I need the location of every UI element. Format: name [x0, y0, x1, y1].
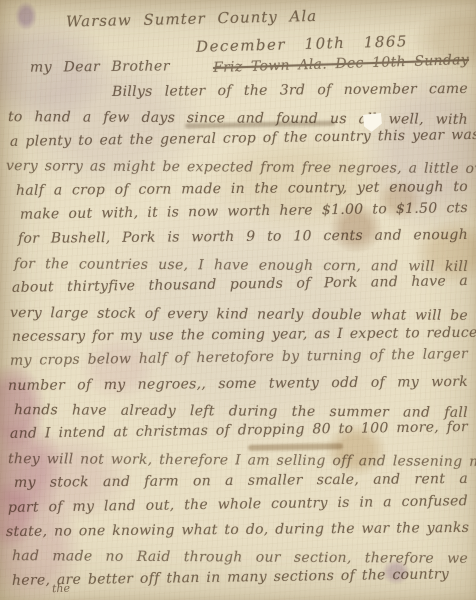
letter-line: state, no one knowing what to do, during… [0, 516, 476, 545]
letter-line: Billys letter of the 3rd of november cam… [0, 77, 476, 106]
letter-text-layer: Warsaw Sumter County Ala December 10th 1… [0, 0, 476, 600]
salutation: my Dear Brother [30, 58, 170, 75]
letter-page: Warsaw Sumter County Ala December 10th 1… [0, 0, 476, 600]
letter-line: my crops below half of heretofore by tur… [0, 342, 476, 373]
place-line: Warsaw Sumter County Ala [66, 7, 296, 30]
letter-line: number of my negroes,, some twenty odd o… [0, 370, 476, 399]
letter-line: for Bushell, Pork is worth 9 to 10 cents… [0, 223, 476, 252]
letter-body: Billys letter of the 3rd of november cam… [0, 81, 476, 593]
catchword: the [52, 582, 70, 596]
date-line: December 10th 1865 [196, 32, 408, 56]
struck-dateline: Friz Town Ala. Dec 10th Sunday [213, 52, 469, 76]
letter-line: and I intend at christmas of dropping 80… [0, 415, 476, 446]
